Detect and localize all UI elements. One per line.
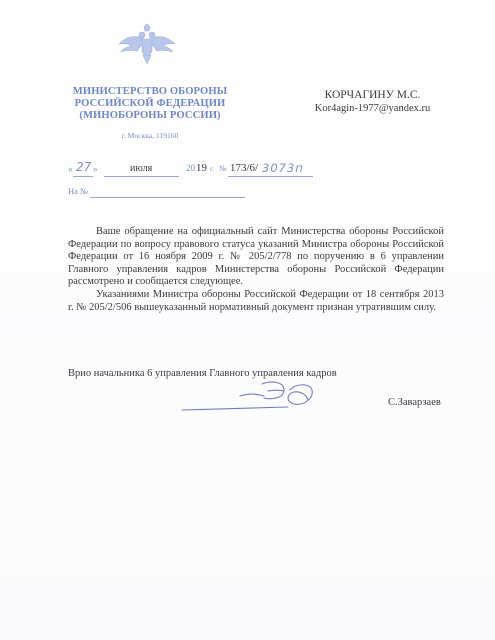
ministry-name-line3: (МИНОБОРОНЫ РОССИИ)	[50, 110, 250, 122]
year-prefix: 20	[186, 163, 195, 173]
body-paragraph-1: Ваше обращение на официальный сайт Минис…	[68, 226, 444, 289]
ministry-name-line2: РОССИЙСКОЙ ФЕДЕРАЦИИ	[50, 98, 250, 110]
date-day: 27	[76, 160, 91, 174]
reference-underline	[90, 197, 245, 198]
recipient-block: КОРЧАГИНУ М.С. Kor4agin-1977@yandex.ru	[300, 88, 445, 115]
ministry-address: г. Москва, 119160	[50, 131, 250, 140]
document-number-handwritten: 3073п	[262, 161, 304, 175]
date-month: июля	[130, 163, 152, 174]
reference-line: На №	[68, 186, 88, 196]
close-quote: »	[93, 164, 98, 174]
recipient-name: КОРЧАГИНУ М.С.	[300, 88, 445, 102]
year-suffix: 19	[196, 162, 207, 174]
open-quote: «	[68, 164, 73, 174]
ministry-name-line1: МИНИСТЕРСТВО ОБОРОНЫ	[50, 86, 250, 98]
year-label: г.	[210, 164, 214, 173]
document-number: 173/6/	[230, 162, 258, 174]
body-paragraph-2: Указаниями Министра обороны Российской Ф…	[68, 289, 444, 314]
handwritten-signature-icon	[180, 378, 330, 416]
date-number-line: « 27 » июля 20 19 г. № 173/6/ 3073п	[68, 160, 328, 180]
letter-body: Ваше обращение на официальный сайт Минис…	[68, 226, 444, 314]
recipient-email: Kor4agin-1977@yandex.ru	[300, 102, 445, 115]
double-headed-eagle-icon	[117, 24, 177, 66]
signatory-name: С.Заварзаев	[388, 397, 441, 408]
reference-label: На №	[68, 186, 88, 196]
letter-page: МИНИСТЕРСТВО ОБОРОНЫ РОССИЙСКОЙ ФЕДЕРАЦИ…	[0, 0, 495, 640]
number-label: №	[219, 164, 227, 173]
letterhead: МИНИСТЕРСТВО ОБОРОНЫ РОССИЙСКОЙ ФЕДЕРАЦИ…	[50, 86, 250, 123]
